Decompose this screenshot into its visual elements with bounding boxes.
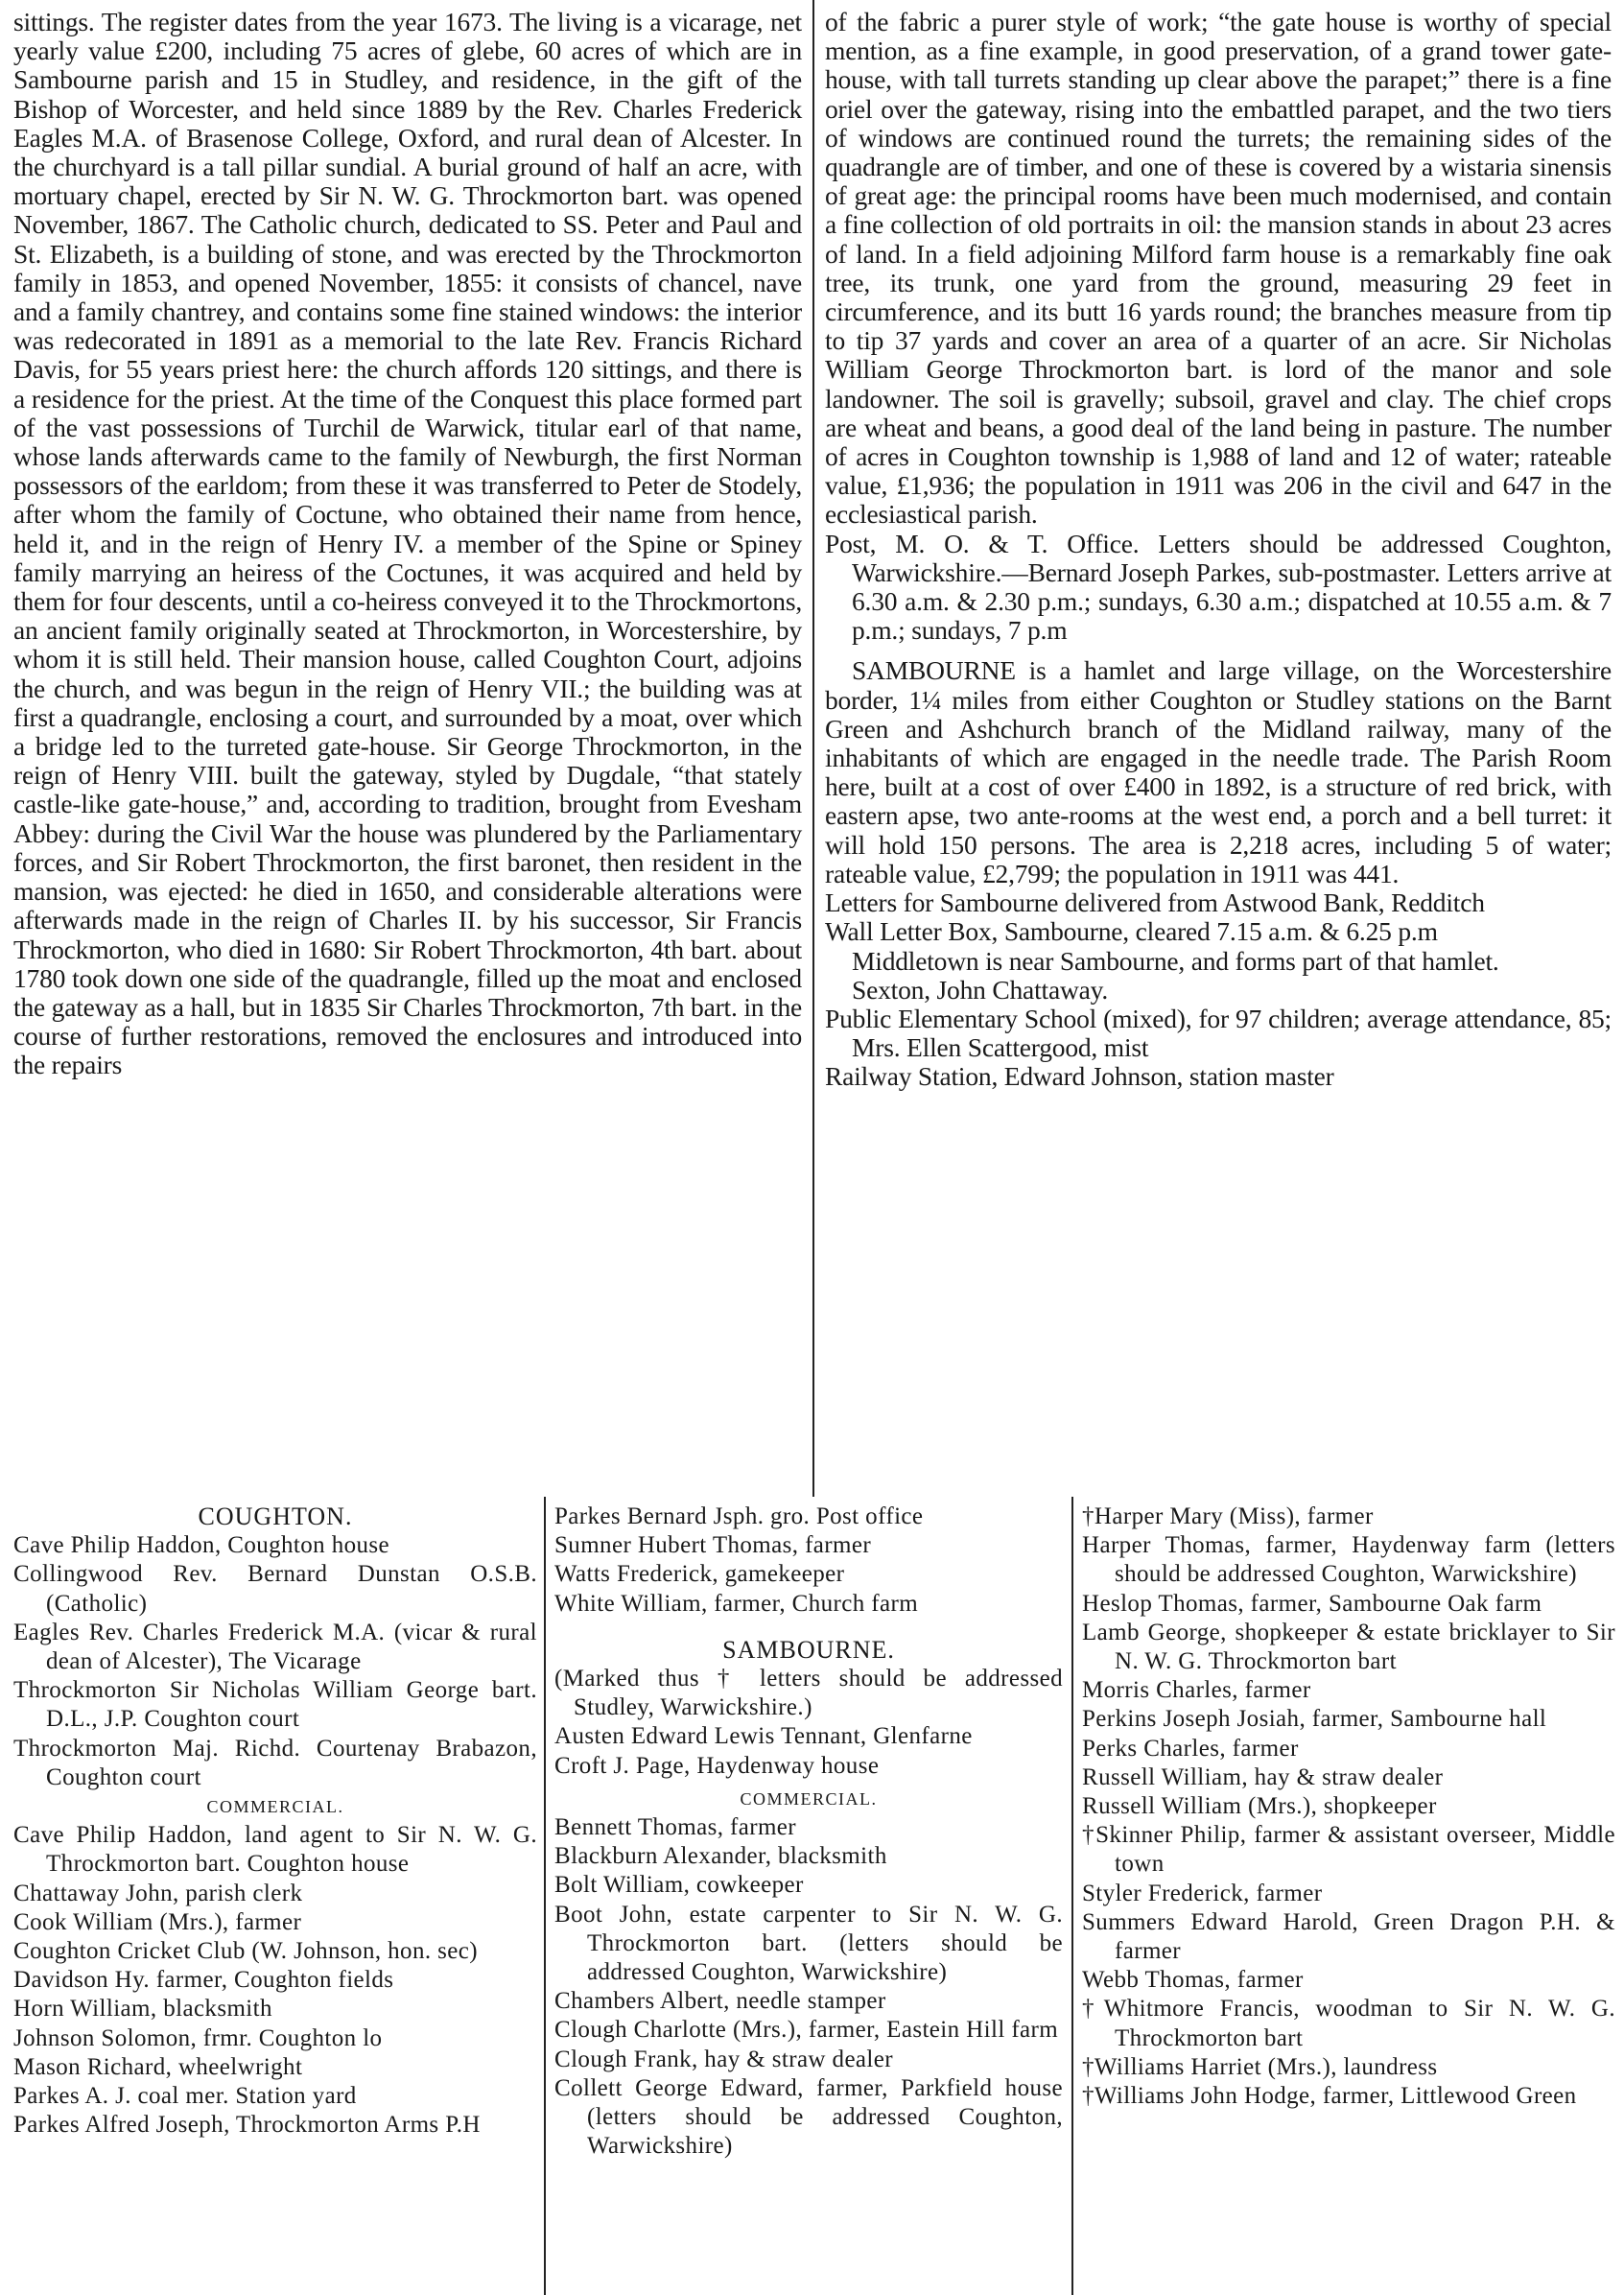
column-divider — [1071, 1497, 1073, 2295]
directory-column-1: COUGHTON. Cave Philip Haddon, Coughton h… — [13, 1502, 537, 2140]
column-divider — [812, 0, 814, 1497]
directory-entry: Austen Edward Lewis Tennant, Glenfarne — [554, 1722, 1063, 1751]
directory-entry: Perkins Joseph Josiah, farmer, Sambourne… — [1082, 1705, 1615, 1734]
directory-entry: Summers Edward Harold, Green Dragon P.H.… — [1082, 1908, 1615, 1966]
letters-note: Letters for Sambourne delivered from Ast… — [825, 888, 1612, 917]
directory-entry: Parkes A. J. coal mer. Station yard — [13, 2082, 537, 2111]
column-divider — [544, 1497, 546, 2295]
directory-entry: Boot John, estate carpenter to Sir N. W.… — [554, 1901, 1063, 1988]
directory-entry: Cave Philip Haddon, land agent to Sir N.… — [13, 1821, 537, 1879]
directory-entry: Harper Thomas, farmer, Haydenway farm (l… — [1082, 1531, 1615, 1589]
sexton-note: Sexton, John Chattaway. — [825, 976, 1612, 1005]
directory-entry: Coughton Cricket Club (W. Johnson, hon. … — [13, 1937, 537, 1966]
directory-column-2: Parkes Bernard Jsph. gro. Post officeSum… — [554, 1502, 1063, 2161]
directory-entry: Russell William, hay & straw dealer — [1082, 1763, 1615, 1792]
directory-entry: Webb Thomas, farmer — [1082, 1966, 1615, 1995]
coughton-commercial-list-continued: Parkes Bernard Jsph. gro. Post officeSum… — [554, 1502, 1063, 1619]
railway-notice: Railway Station, Edward Johnson, station… — [825, 1062, 1612, 1091]
directory-entry: Eagles Rev. Charles Frederick M.A. (vica… — [13, 1619, 537, 1676]
wall-letter-box-notice: Wall Letter Box, Sambourne, cleared 7.15… — [825, 917, 1612, 946]
directory-entry: Mason Richard, wheelwright — [13, 2053, 537, 2082]
coughton-commercial-heading: COMMERCIAL. — [13, 1792, 537, 1821]
directory-entry: Bennett Thomas, farmer — [554, 1813, 1063, 1842]
sambourne-paragraph: SAMBOURNE is a hamlet and large village,… — [825, 656, 1612, 888]
directory-entry: Chattaway John, parish clerk — [13, 1880, 537, 1908]
directory-entry: Clough Charlotte (Mrs.), farmer, Eastein… — [554, 2016, 1063, 2045]
directory-entry: Throckmorton Sir Nicholas William George… — [13, 1676, 537, 1734]
sambourne-commercial-list-continued: †Harper Mary (Miss), farmerHarper Thomas… — [1082, 1502, 1615, 2111]
directory-entry: †Williams Harriet (Mrs.), laundress — [1082, 2053, 1615, 2082]
sambourne-commercial-heading: COMMERCIAL. — [554, 1785, 1063, 1813]
directory-entry: Blackburn Alexander, blacksmith — [554, 1842, 1063, 1871]
directory-entry: Parkes Alfred Joseph, Throckmorton Arms … — [13, 2111, 537, 2140]
directory-entry: Lamb George, shopkeeper & estate brickla… — [1082, 1619, 1615, 1676]
directory-entry: Heslop Thomas, farmer, Sambourne Oak far… — [1082, 1590, 1615, 1619]
directory-entry: Sumner Hubert Thomas, farmer — [554, 1531, 1063, 1560]
directory-entry: Collingwood Rev. Bernard Dunstan O.S.B. … — [13, 1560, 537, 1618]
directory-entry: Cook William (Mrs.), farmer — [13, 1908, 537, 1937]
directory-entry: Horn William, blacksmith — [13, 1995, 537, 2023]
directory-column-3: †Harper Mary (Miss), farmerHarper Thomas… — [1082, 1502, 1615, 2111]
school-notice: Public Elementary School (mixed), for 97… — [825, 1005, 1612, 1062]
directory-entry: Cave Philip Haddon, Coughton house — [13, 1531, 537, 1560]
directory-entry: Clough Frank, hay & straw dealer — [554, 2046, 1063, 2074]
directory-entry: Morris Charles, farmer — [1082, 1676, 1615, 1705]
directory-entry: †Harper Mary (Miss), farmer — [1082, 1502, 1615, 1531]
upper-left-column: sittings. The register dates from the ye… — [13, 8, 802, 1080]
coughton-history-paragraph: sittings. The register dates from the ye… — [13, 8, 802, 1080]
sambourne-dagger-note: (Marked thus † letters should be address… — [554, 1665, 1063, 1722]
coughton-court-paragraph: of the fabric a purer style of work; “th… — [825, 8, 1612, 530]
directory-entry: Throckmorton Maj. Richd. Courtenay Braba… — [13, 1735, 537, 1792]
directory-entry: †Williams John Hodge, farmer, Littlewood… — [1082, 2082, 1615, 2111]
directory-entry: Bolt William, cowkeeper — [554, 1871, 1063, 1900]
directory-entry: Chambers Albert, needle stamper — [554, 1987, 1063, 2016]
upper-right-column: of the fabric a purer style of work; “th… — [825, 8, 1612, 1092]
sambourne-heading: SAMBOURNE. — [554, 1636, 1063, 1665]
coughton-private-list: Cave Philip Haddon, Coughton houseCollin… — [13, 1531, 537, 1792]
post-office-notice: Post, M. O. & T. Office. Letters should … — [825, 530, 1612, 646]
directory-entry: Russell William (Mrs.), shopkeeper — [1082, 1792, 1615, 1821]
middletown-note: Middletown is near Sambourne, and forms … — [825, 947, 1612, 976]
directory-entry: Johnson Solomon, frmr. Coughton lo — [13, 2024, 537, 2053]
coughton-commercial-list: Cave Philip Haddon, land agent to Sir N.… — [13, 1821, 537, 2140]
directory-entry: Davidson Hy. farmer, Coughton fields — [13, 1966, 537, 1995]
sambourne-commercial-list: Bennett Thomas, farmerBlackburn Alexande… — [554, 1813, 1063, 2161]
directory-entry: Croft J. Page, Haydenway house — [554, 1752, 1063, 1781]
directory-entry: Perks Charles, farmer — [1082, 1735, 1615, 1763]
directory-entry: Parkes Bernard Jsph. gro. Post office — [554, 1502, 1063, 1531]
directory-entry: †Whitmore Francis, woodman to Sir N. W. … — [1082, 1995, 1615, 2052]
directory-entry: Collett George Edward, farmer, Parkfield… — [554, 2074, 1063, 2162]
directory-entry: †Skinner Philip, farmer & assistant over… — [1082, 1821, 1615, 1879]
sambourne-private-list: Austen Edward Lewis Tennant, GlenfarneCr… — [554, 1722, 1063, 1780]
directory-entry: Watts Frederick, gamekeeper — [554, 1560, 1063, 1589]
coughton-heading: COUGHTON. — [13, 1502, 537, 1531]
directory-entry: White William, farmer, Church farm — [554, 1590, 1063, 1619]
directory-entry: Styler Frederick, farmer — [1082, 1880, 1615, 1908]
